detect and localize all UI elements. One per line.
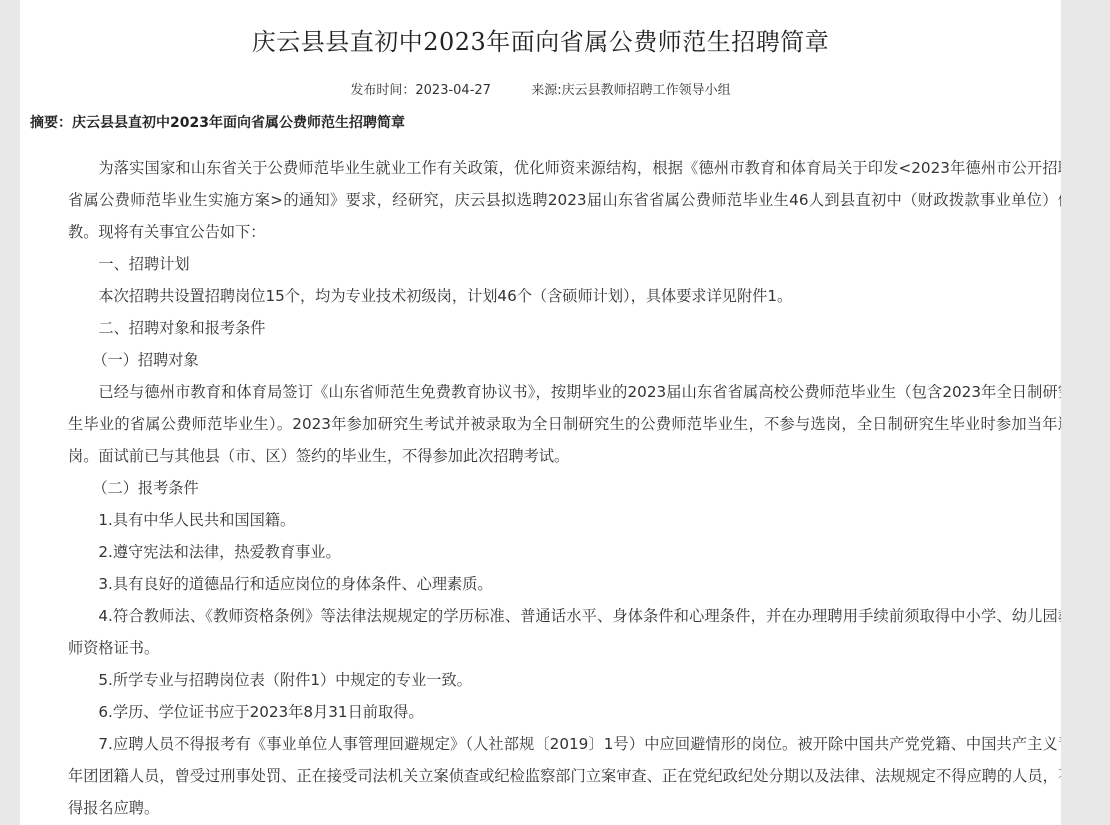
condition-item: 5.所学专业与招聘岗位表（附件1）中规定的专业一致。 — [68, 664, 1061, 696]
publish-label: 发布时间： — [350, 83, 415, 98]
paragraph-plan: 本次招聘共设置招聘岗位15个，均为专业技术初级岗，计划46个（含硕师计划），具体… — [68, 280, 1061, 312]
condition-item: 4.符合教师法、《教师资格条例》等法律法规规定的学历标准、普通话水平、身体条件和… — [68, 600, 1061, 664]
subsection-heading-conditions: （二）报考条件 — [68, 472, 1061, 504]
article-page: 庆云县县直初中2023年面向省属公费师范生招聘简章 发布时间：2023-04-2… — [20, 0, 1061, 825]
paragraph-targets: 已经与德州市教育和体育局签订《山东省师范生免费教育协议书》，按期毕业的2023届… — [68, 376, 1061, 472]
condition-item: 1.具有中华人民共和国国籍。 — [68, 504, 1061, 536]
section-heading-targets: 二、招聘对象和报考条件 — [68, 312, 1061, 344]
section-heading-plan: 一、招聘计划 — [68, 248, 1061, 280]
article-body: 为落实国家和山东省关于公费师范毕业生就业工作有关政策，优化师资来源结构，根据《德… — [68, 152, 1061, 824]
subsection-heading-targets: （一）招聘对象 — [68, 344, 1061, 376]
source-label: 来源: — [531, 83, 561, 98]
publish-date: 2023-04-27 — [415, 83, 491, 98]
article-abstract: 摘要：庆云县县直初中2023年面向省属公费师范生招聘简章 — [30, 112, 405, 134]
condition-item: 2.遵守宪法和法律，热爱教育事业。 — [68, 536, 1061, 568]
paragraph-intro: 为落实国家和山东省关于公费师范毕业生就业工作有关政策，优化师资来源结构，根据《德… — [68, 152, 1061, 248]
condition-item: 6.学历、学位证书应于2023年8月31日前取得。 — [68, 696, 1061, 728]
article-meta: 发布时间：2023-04-27 来源:庆云县教师招聘工作领导小组 — [20, 80, 1061, 102]
article-title: 庆云县县直初中2023年面向省属公费师范生招聘简章 — [20, 24, 1061, 60]
condition-item: 7.应聘人员不得报考有《事业单位人事管理回避规定》（人社部规〔2019〕1号）中… — [68, 728, 1061, 824]
source-name: 庆云县教师招聘工作领导小组 — [562, 83, 731, 98]
condition-item: 3.具有良好的道德品行和适应岗位的身体条件、心理素质。 — [68, 568, 1061, 600]
